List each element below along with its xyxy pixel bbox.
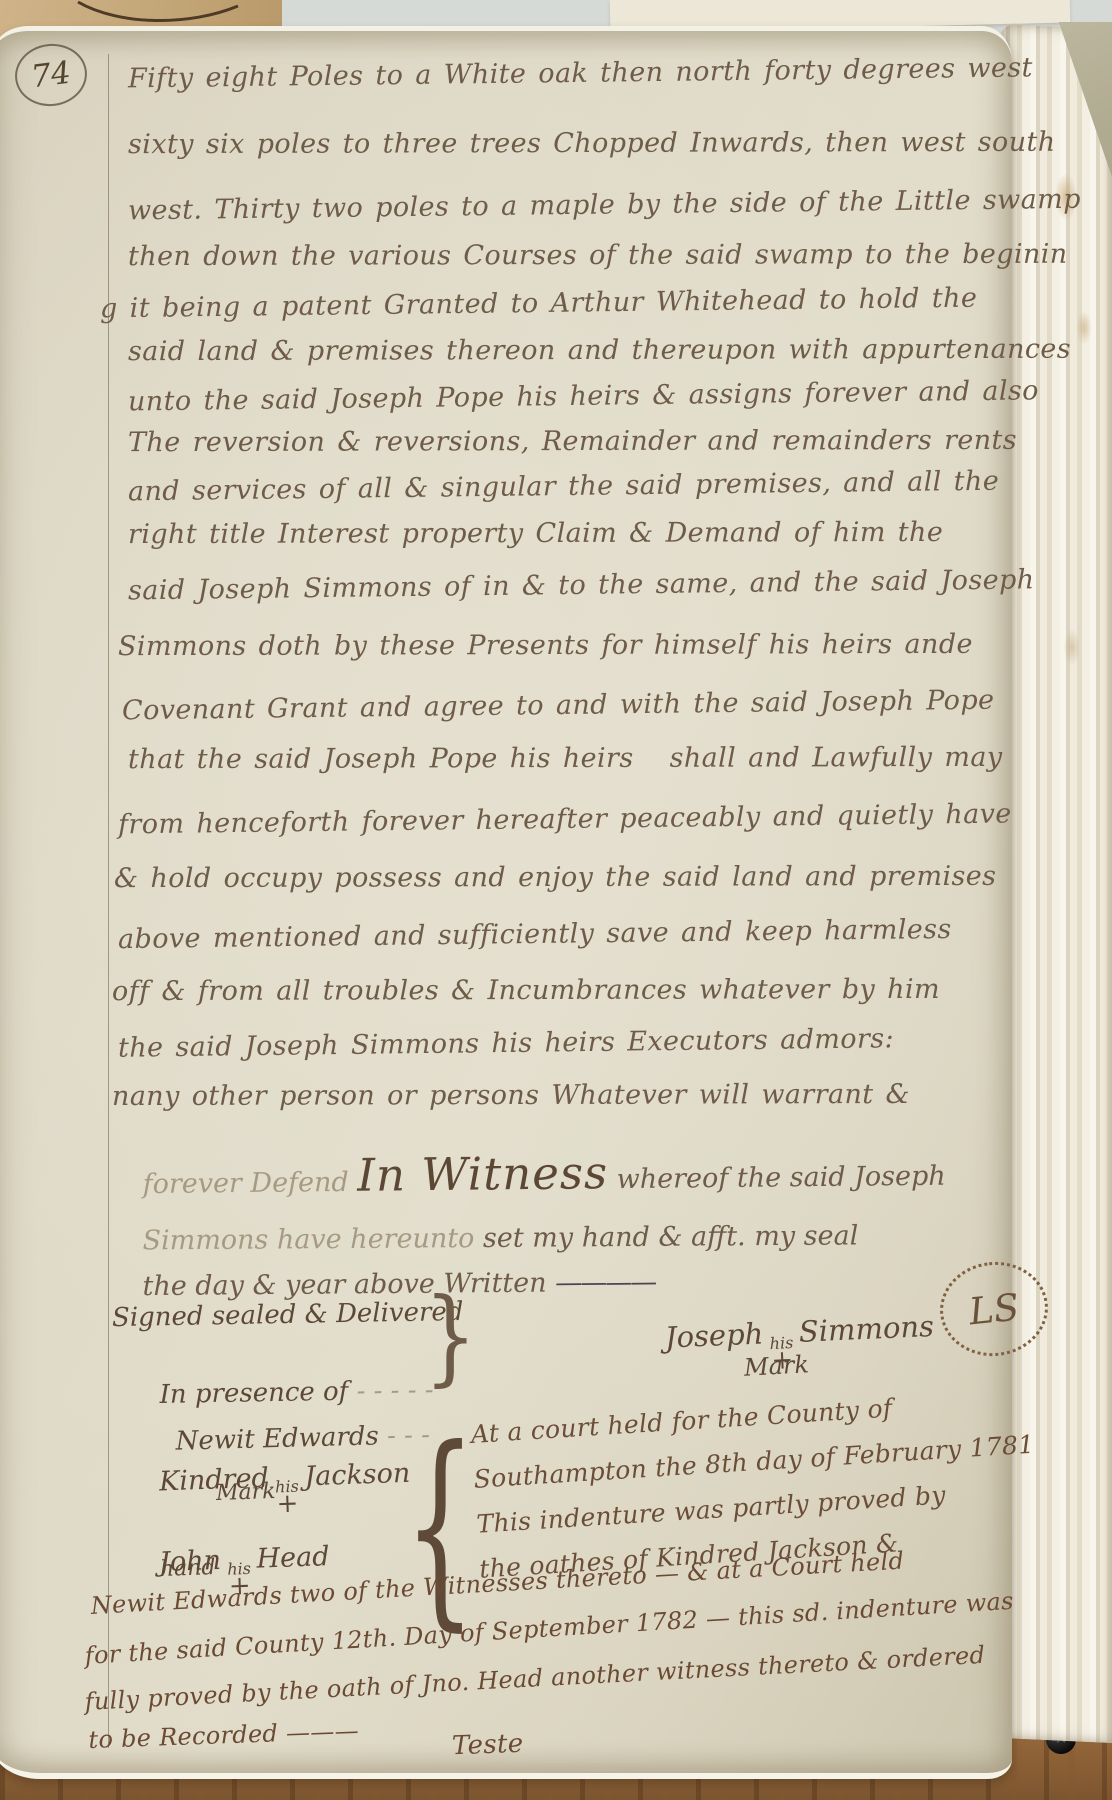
clause-rest: whereof the said Joseph (608, 1161, 946, 1196)
signature-surname: Simmons (798, 1309, 935, 1349)
signed-sealed-line: Signed sealed & Delivered (112, 1297, 464, 1333)
seal-text: LS (967, 1285, 1021, 1333)
grantor-signature: Josephhis+Simmons (607, 1275, 937, 1413)
signature-given-name: Joseph (664, 1316, 764, 1354)
manuscript-content: 74 Fifty eight Poles to a White oak then… (0, 0, 1112, 1800)
body-line: west. Thirty two poles to a maple by the… (128, 185, 1013, 227)
body-line: g it being a patent Granted to Arthur Wh… (100, 283, 978, 325)
ls-wax-seal: LS (935, 1257, 1052, 1362)
body-line: from henceforth forever hereafter peacea… (118, 799, 1003, 841)
body-line: nany other person or persons Whatever wi… (112, 1079, 910, 1112)
body-line: Fifty eight Poles to a White oak then no… (128, 53, 1013, 95)
body-line: Simmons doth by these Presents for himse… (118, 629, 973, 662)
date-text: the day & year above Written (142, 1268, 555, 1303)
body-line: off & from all troubles & Incumbrances w… (112, 974, 940, 1007)
body-line: right title Interest property Claim & De… (128, 517, 943, 550)
court-record-brace: { (404, 1420, 476, 1636)
scanned-deed-page: ✕ 74 Fifty eight Poles to a White oak th… (0, 0, 1112, 1800)
body-line: said land & premises thereon and thereup… (128, 334, 1013, 367)
body-line: sixty six poles to three trees Chopped I… (128, 127, 1013, 160)
signature-mark-word: Mark (743, 1350, 809, 1381)
body-line: above mentioned and sufficiently save an… (118, 914, 952, 955)
his-mark-cross: his+ (275, 1481, 300, 1515)
body-line: & hold occupy possess and enjoy the said… (114, 861, 996, 894)
page-number-oval: 74 (11, 40, 90, 110)
mark-word: Mark (216, 1479, 276, 1506)
witness-surname: Head (256, 1541, 330, 1575)
body-line: the said Joseph Simmons his heirs Execut… (118, 1023, 894, 1063)
body-line: and services of all & singular the said … (128, 466, 999, 508)
witness-surname: Jackson (304, 1458, 411, 1493)
body-line: that the said Joseph Pope his heirs shal… (128, 742, 1003, 775)
body-line: The reversion & reversions, Remainder an… (128, 425, 1013, 458)
body-line: Covenant Grant and agree to and with the… (122, 685, 995, 727)
faded-words: forever Defend (142, 1167, 357, 1200)
recorded-line: to be Recorded ——— (88, 1717, 359, 1754)
body-line: said Joseph Simmons of in & to the same,… (128, 565, 1013, 607)
teste-word: Teste (451, 1729, 523, 1761)
in-witness-emphasis: In Witness (357, 1146, 608, 1202)
hand-word: hand (160, 1555, 216, 1582)
body-line: then down the various Courses of the sai… (128, 239, 1013, 272)
body-line: unto the said Joseph Pope his heirs & as… (128, 376, 1013, 418)
page-number: 74 (29, 55, 73, 96)
